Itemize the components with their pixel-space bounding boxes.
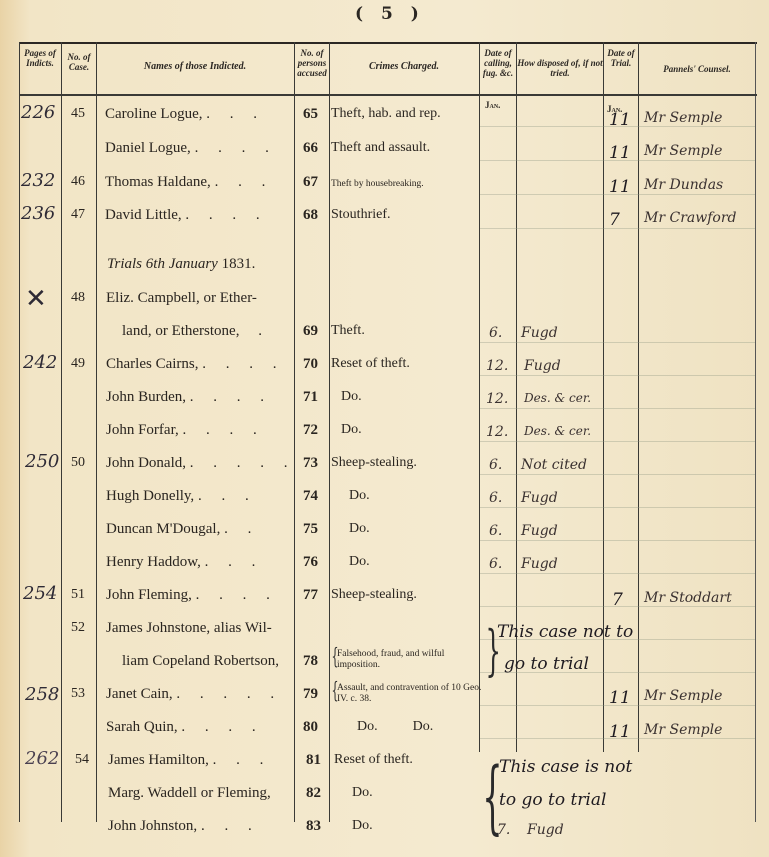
header-pages: Pages of Indicts. bbox=[20, 48, 60, 68]
disposal-note: Fugd bbox=[521, 325, 558, 341]
case-number: 45 bbox=[71, 106, 85, 122]
indicted-name: Sarah Quin, . . . . bbox=[106, 719, 264, 736]
crime-charged: Reset of theft. bbox=[334, 752, 413, 768]
handwritten-note: This case not to bbox=[497, 622, 633, 642]
person-number: 72 bbox=[303, 422, 318, 439]
ruled-line bbox=[480, 408, 755, 409]
indicted-name: John Donald, . . . . . bbox=[106, 455, 296, 472]
handwritten-note: go to trial bbox=[504, 654, 589, 674]
case-number: 51 bbox=[71, 587, 85, 603]
disposal-note: Fugd bbox=[521, 556, 558, 572]
brace-icon: { bbox=[332, 679, 339, 704]
case-number: 49 bbox=[71, 356, 85, 372]
page-ref: 262 bbox=[25, 748, 59, 769]
trial-date: 11 bbox=[609, 143, 631, 163]
crime-charged: Theft, hab. and rep. bbox=[331, 106, 441, 122]
indicted-name: Charles Cairns, . . . . bbox=[106, 356, 284, 373]
indicted-name: David Little, . . . . bbox=[105, 207, 268, 224]
crime-charged: Sheep-stealing. bbox=[331, 455, 417, 471]
header-persons: No. of persons accused bbox=[295, 48, 329, 78]
header-counsel: Pannels' Counsel. bbox=[639, 64, 755, 74]
indicted-name: land, or Etherstone, . bbox=[122, 323, 270, 340]
case-number: 52 bbox=[71, 620, 85, 636]
person-number: 66 bbox=[303, 140, 318, 157]
person-number: 78 bbox=[303, 653, 318, 670]
indicted-name: Janet Cain, . . . . . bbox=[106, 686, 282, 703]
counsel-name: Mr Semple bbox=[644, 722, 722, 738]
crime-charged: Do. bbox=[349, 488, 370, 504]
crime-charged: Do. bbox=[349, 554, 370, 570]
counsel-name: Mr Crawford bbox=[644, 210, 736, 226]
ruled-line bbox=[480, 441, 755, 442]
ruled-line bbox=[480, 573, 755, 574]
col-rule bbox=[516, 42, 517, 752]
ruled-line bbox=[480, 375, 755, 376]
calling-date: 6. bbox=[489, 457, 502, 473]
page-ref: 232 bbox=[21, 170, 55, 191]
crime-charged: Do. bbox=[341, 389, 362, 405]
col-rule bbox=[329, 42, 330, 822]
calling-date: 12. bbox=[486, 424, 508, 440]
ruled-line bbox=[480, 342, 755, 343]
crime-charged: Theft and assault. bbox=[331, 140, 430, 156]
crime-charged: Reset of theft. bbox=[331, 356, 410, 372]
counsel-name: Mr Dundas bbox=[644, 177, 723, 193]
calling-date: 6. bbox=[489, 556, 502, 572]
person-number: 83 bbox=[306, 818, 321, 835]
header-disposed: How disposed of, if not tried. bbox=[517, 58, 603, 78]
crime-charged: Assault, and contravention of 10 Geo. IV… bbox=[331, 683, 487, 705]
person-number: 82 bbox=[306, 785, 321, 802]
disposal-note: Fugd bbox=[527, 822, 564, 838]
disposal-note: Fugd bbox=[521, 490, 558, 506]
page-ref: 254 bbox=[23, 583, 57, 604]
indicted-name: Eliz. Campbell, or Ether- bbox=[106, 290, 257, 307]
crime-charged: Theft. bbox=[331, 323, 365, 339]
page-ref: 226 bbox=[21, 102, 55, 123]
indicted-name: Thomas Haldane, . . . bbox=[105, 174, 273, 191]
trial-date: 11 bbox=[609, 110, 631, 130]
ruled-line bbox=[480, 474, 755, 475]
case-number: 47 bbox=[71, 207, 85, 223]
crime-charged: Falsehood, fraud, and wilful imposition. bbox=[331, 649, 487, 671]
page-ref: 250 bbox=[25, 451, 59, 472]
person-number: 68 bbox=[303, 207, 318, 224]
trial-date: 11 bbox=[609, 177, 631, 197]
person-number: 77 bbox=[303, 587, 318, 604]
disposal-note: Not cited bbox=[521, 457, 587, 473]
trial-date: 11 bbox=[609, 722, 631, 742]
counsel-name: Mr Semple bbox=[644, 110, 722, 126]
counsel-name: Mr Stoddart bbox=[644, 590, 732, 606]
crime-charged: Do. bbox=[352, 785, 373, 801]
col-rule bbox=[755, 42, 756, 822]
person-number: 65 bbox=[303, 106, 318, 123]
trial-date: 7 bbox=[609, 210, 620, 230]
col-rule bbox=[19, 42, 20, 822]
indicted-name: John Burden, . . . . bbox=[106, 389, 272, 406]
person-number: 81 bbox=[306, 752, 321, 769]
handwritten-note: This case is not bbox=[499, 757, 632, 777]
person-number: 67 bbox=[303, 174, 318, 191]
page-ref: 236 bbox=[21, 203, 55, 224]
case-number: 53 bbox=[71, 686, 85, 702]
calling-date: 12. bbox=[486, 391, 508, 407]
crime-charged: Sheep-stealing. bbox=[331, 587, 417, 603]
brace-icon: { bbox=[332, 645, 339, 670]
case-number: 50 bbox=[71, 455, 85, 471]
crime-charged: Do. bbox=[349, 521, 370, 537]
indicted-name: Daniel Logue, . . . . bbox=[105, 140, 277, 157]
strikeout-mark: ✕ bbox=[25, 284, 47, 314]
indicted-name: John Johnston, . . . bbox=[108, 818, 260, 835]
handwritten-note: to go to trial bbox=[499, 790, 606, 810]
ledger-table: Pages of Indicts. No. of Case. Names of … bbox=[19, 42, 757, 842]
case-number: 48 bbox=[71, 290, 85, 306]
indicted-name: John Fleming, . . . . bbox=[106, 587, 278, 604]
indicted-name: Hugh Donelly, . . . bbox=[106, 488, 257, 505]
header-names: Names of those Indicted. bbox=[97, 62, 293, 72]
crime-charged: Do. bbox=[352, 818, 373, 834]
disposal-note: Des. & cer. bbox=[524, 424, 591, 438]
person-number: 80 bbox=[303, 719, 318, 736]
col-rule bbox=[479, 42, 480, 752]
counsel-name: Mr Semple bbox=[644, 688, 722, 704]
page-ref: 242 bbox=[23, 352, 57, 373]
page-ref: 258 bbox=[25, 684, 59, 705]
calling-date: 6. bbox=[489, 490, 502, 506]
person-number: 69 bbox=[303, 323, 318, 340]
page-number: ( 5 ) bbox=[355, 4, 425, 24]
header-case: No. of Case. bbox=[62, 52, 96, 72]
person-number: 74 bbox=[303, 488, 318, 505]
calling-date: 6. bbox=[489, 523, 502, 539]
col-rule bbox=[294, 42, 295, 822]
ruled-line bbox=[480, 507, 755, 508]
person-number: 79 bbox=[303, 686, 318, 703]
person-number: 73 bbox=[303, 455, 318, 472]
disposal-note: Fugd bbox=[521, 523, 558, 539]
col-rule bbox=[96, 42, 97, 822]
indicted-name: Duncan M'Dougal, . . bbox=[106, 521, 259, 538]
crime-charged: Do. bbox=[341, 422, 362, 438]
indicted-name: Caroline Logue, . . . bbox=[105, 106, 265, 123]
indicted-name: Henry Haddow, . . . bbox=[106, 554, 263, 571]
person-number: 75 bbox=[303, 521, 318, 538]
case-number: 54 bbox=[75, 752, 89, 768]
person-number: 70 bbox=[303, 356, 318, 373]
indicted-name: James Johnstone, alias Wil- bbox=[106, 620, 272, 637]
disposal-note: Des. & cer. bbox=[524, 391, 591, 405]
calling-date: 12. bbox=[486, 358, 508, 374]
trial-date: 11 bbox=[609, 688, 631, 708]
person-number: 71 bbox=[303, 389, 318, 406]
col-rule bbox=[61, 42, 62, 822]
header-crimes: Crimes Charged. bbox=[330, 62, 478, 72]
indicted-name: John Forfar, . . . . bbox=[106, 422, 265, 439]
col-rule bbox=[638, 42, 639, 752]
counsel-name: Mr Semple bbox=[644, 143, 722, 159]
header-calling: Date of calling, fug. &c. bbox=[480, 48, 516, 78]
section-heading: Trials 6th January 1831. bbox=[107, 256, 255, 273]
crime-charged: Do. Do. bbox=[357, 719, 433, 735]
crime-charged: Stouthrief. bbox=[331, 207, 391, 223]
calling-date: 6. bbox=[489, 325, 502, 341]
disposal-note: Fugd bbox=[524, 358, 561, 374]
ruled-line bbox=[480, 540, 755, 541]
header-trial: Date of Trial. bbox=[604, 48, 638, 68]
indicted-name: liam Copeland Robertson, bbox=[122, 653, 279, 670]
col-rule bbox=[603, 42, 604, 752]
crime-charged: Theft by housebreaking. bbox=[331, 179, 424, 189]
calling-month-label: Jan. bbox=[485, 100, 500, 110]
indicted-name: Marg. Waddell or Fleming, bbox=[108, 785, 271, 802]
header-rule bbox=[19, 94, 757, 96]
indicted-name: James Hamilton, . . . bbox=[108, 752, 271, 769]
trial-date: 7 bbox=[612, 590, 623, 610]
person-number: 76 bbox=[303, 554, 318, 571]
top-rule bbox=[19, 42, 757, 44]
case-number: 46 bbox=[71, 174, 85, 190]
